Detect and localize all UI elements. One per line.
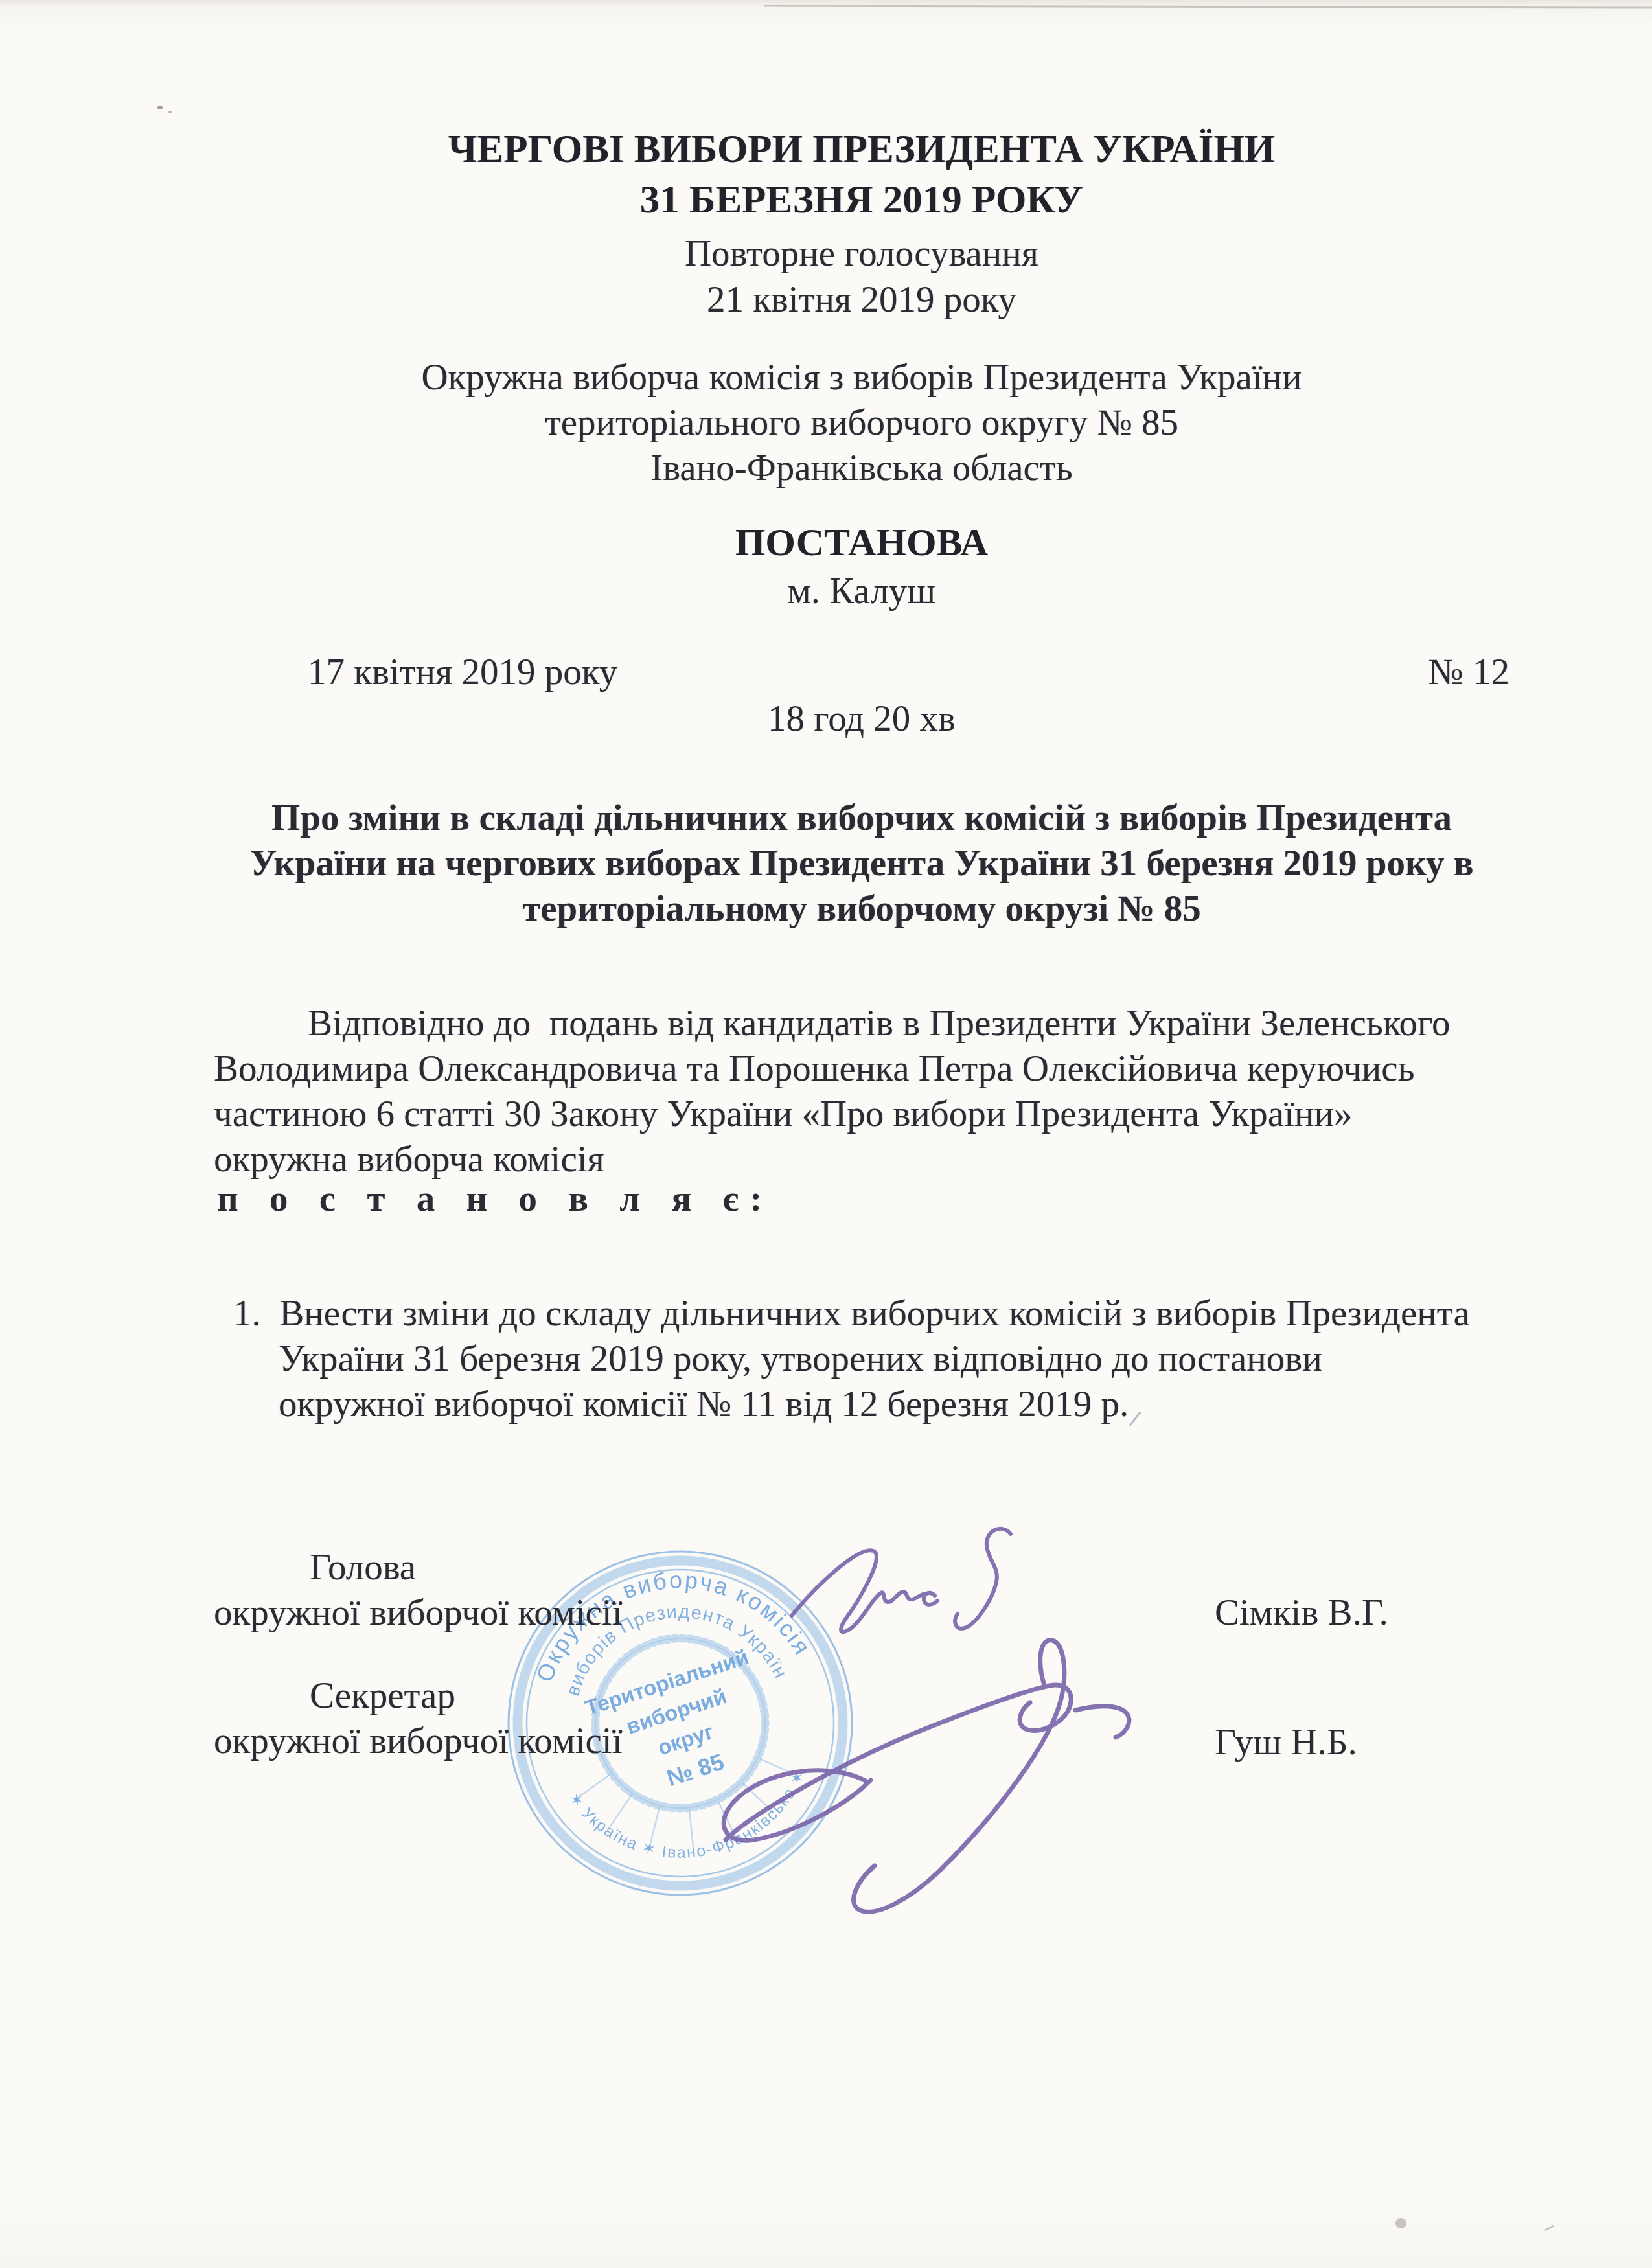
subject-line2: України на чергових виборах Президента У… — [214, 841, 1509, 886]
secretary-role-line1: Секретар — [214, 1673, 1509, 1719]
head-role-title: Голова — [214, 1545, 1509, 1590]
election-title-line2: 31 БЕРЕЗНЯ 2019 РОКУ — [214, 175, 1509, 225]
date-number-row: 17 квітня 2019 року № 12 — [214, 650, 1509, 695]
repeat-voting-line: Повторне голосування — [214, 231, 1509, 277]
head-name: Сімків В.Г. — [1215, 1590, 1388, 1636]
body-line3: частиною 6 статті 30 Закону України «Про… — [214, 1092, 1509, 1137]
election-header: ЧЕРГОВІ ВИБОРИ ПРЕЗИДЕНТА УКРАЇНИ 31 БЕР… — [214, 124, 1509, 323]
head-role-line1: Голова — [214, 1545, 1509, 1590]
resolution-time: 18 год 20 хв — [214, 696, 1509, 742]
secretary-name: Гуш Н.Б. — [1215, 1720, 1357, 1765]
resolution-item-1: 1. Внести зміни до складу дільничних виб… — [214, 1291, 1574, 1427]
item1-line2: України 31 березня 2019 року, утворених … — [279, 1336, 1574, 1382]
body-paragraph: Відповідно до подань від кандидатів в Пр… — [214, 1001, 1509, 1182]
body-line1: Відповідно до подань від кандидатів в Пр… — [214, 1001, 1509, 1046]
resolves-word: п о с т а н о в л я є: — [214, 1176, 1513, 1222]
scanned-document-page: ЧЕРГОВІ ВИБОРИ ПРЕЗИДЕНТА УКРАЇНИ 31 БЕР… — [0, 0, 1652, 2268]
resolution-heading: ПОСТАНОВА — [214, 520, 1509, 565]
resolution-place: м. Калуш — [214, 569, 1509, 614]
secretary-role-title: Секретар — [214, 1673, 1509, 1719]
repeat-voting-date: 21 квітня 2019 року — [214, 277, 1509, 323]
item1-line1: 1. Внести зміни до складу дільничних виб… — [279, 1291, 1574, 1336]
paper-speck — [157, 106, 163, 109]
body-line4: окружна виборча комісія — [214, 1137, 1509, 1182]
commission-name: Окружна виборча комісія з виборів Презид… — [214, 355, 1509, 400]
resolution-date: 17 квітня 2019 року — [214, 650, 617, 695]
subject-line1: Про зміни в складі дільничних виборчих к… — [214, 796, 1509, 841]
item1-line3-text: окружної виборчої комісії № 11 від 12 бе… — [279, 1384, 1129, 1425]
subject-block: Про зміни в складі дільничних виборчих к… — [214, 796, 1509, 932]
paper-mark — [1544, 2225, 1554, 2232]
body-line2: Володимира Олександровича та Порошенка П… — [214, 1046, 1509, 1092]
commission-region: Івано-Франківська область — [214, 446, 1509, 491]
paper-speck — [168, 111, 172, 113]
commission-block: Окружна виборча комісія з виборів Презид… — [214, 355, 1509, 491]
commission-district: територіального виборчого округу № 85 — [214, 400, 1509, 446]
resolution-number: № 12 — [1428, 650, 1509, 695]
election-title-line1: ЧЕРГОВІ ВИБОРИ ПРЕЗИДЕНТА УКРАЇНИ — [214, 124, 1509, 175]
paper-spot — [1395, 2218, 1406, 2228]
item1-line3: окружної виборчої комісії № 11 від 12 бе… — [279, 1382, 1574, 1427]
subject-line3: територіальному виборчому окрузі № 85 — [214, 886, 1509, 932]
stray-ink-mark — [1129, 1412, 1141, 1426]
